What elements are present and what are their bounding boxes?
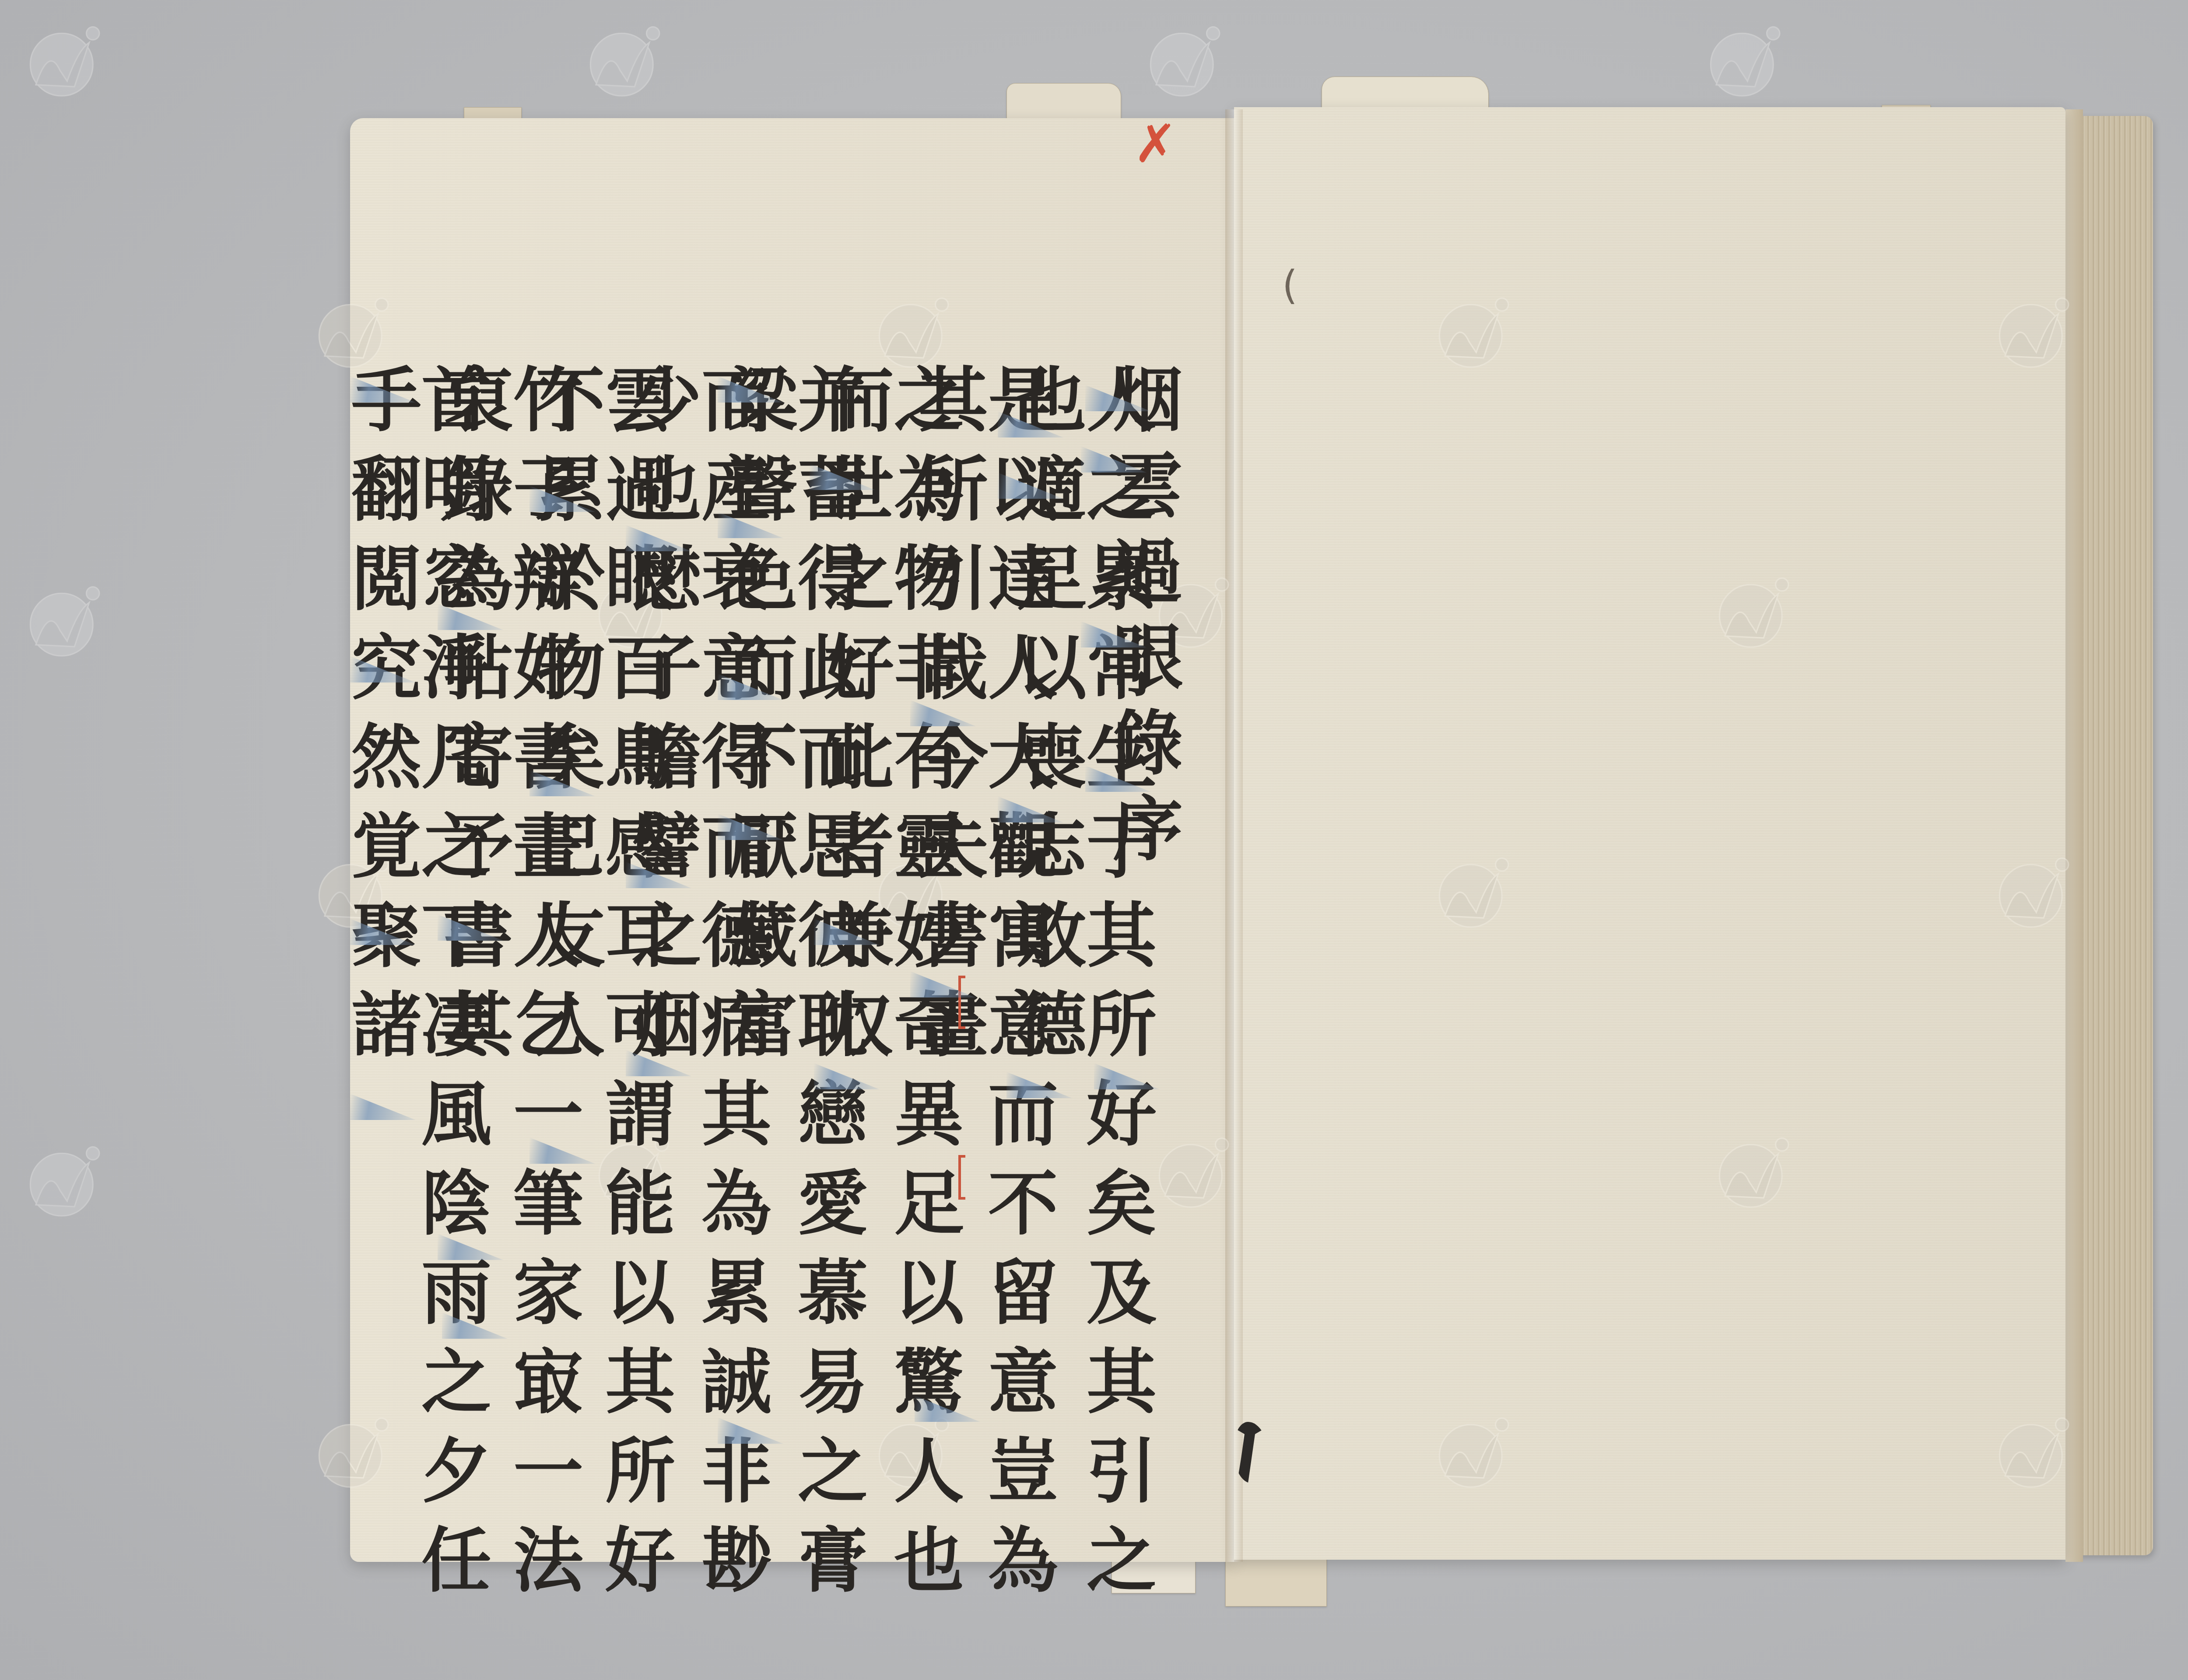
right-page: [1234, 107, 2065, 1560]
red-bracket-mark: [958, 976, 965, 1029]
book-fore-edge-inner: [2065, 109, 2083, 1562]
stain-mark: (: [1282, 262, 1297, 308]
open-book: ✗ 烟雲過眼錄序 人之累常生于其所好矣及其引之也適足以喪志敗德 是以達人大觀寓意…: [0, 0, 2188, 1680]
book-gutter: [1225, 109, 1243, 1562]
torn-paper-tab: [1006, 83, 1121, 119]
red-bracket-mark: [958, 1155, 965, 1200]
book-fore-edge: [2074, 116, 2153, 1555]
red-correction-mark: ✗: [1133, 118, 1173, 175]
text-column: 首明窓淨几之下凄風陰雨之夕任手翻閲究然覚聚諸: [346, 363, 486, 1680]
